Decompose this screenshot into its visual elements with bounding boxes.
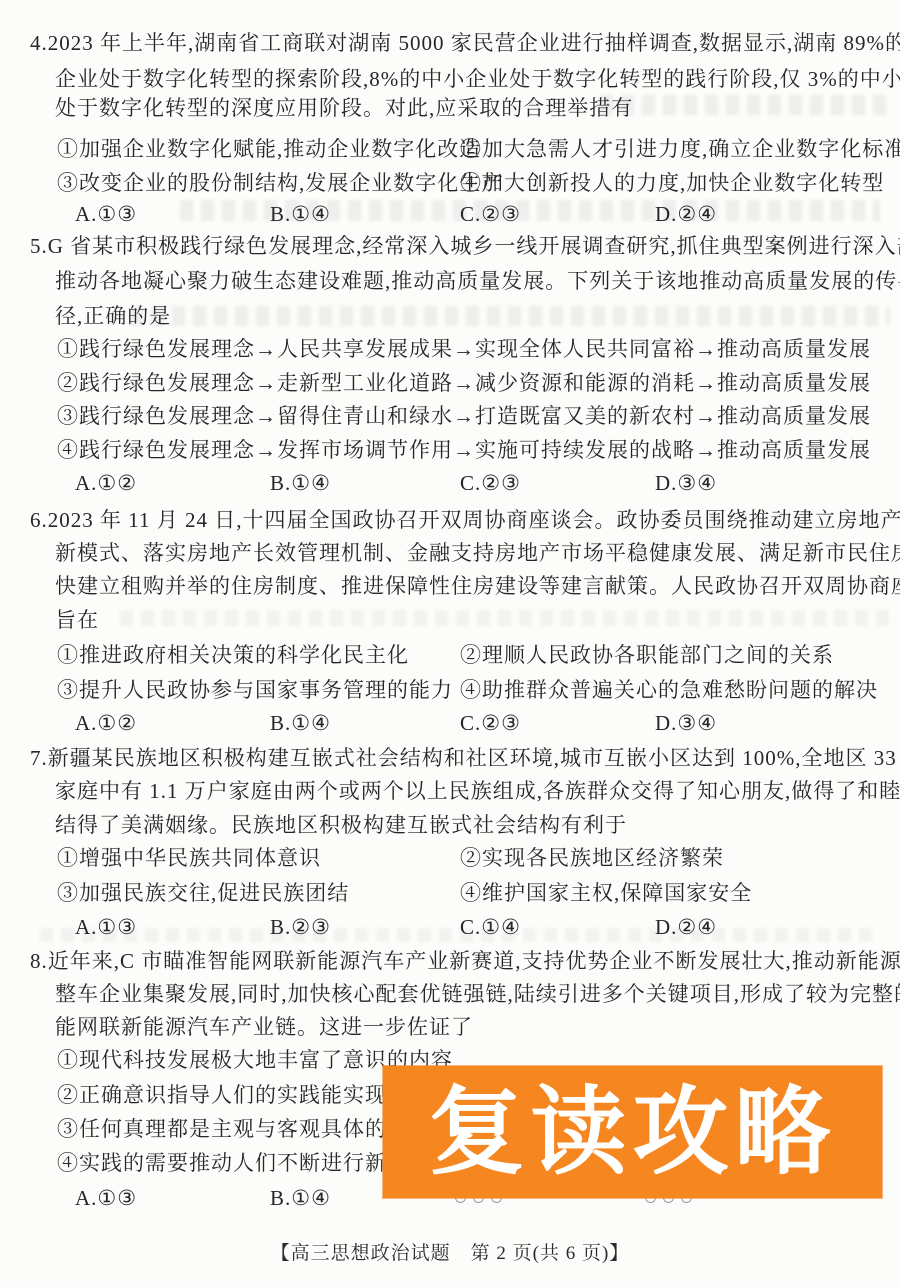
question-7-stem-line-2: 家庭中有 1.1 万户家庭由两个或两个以上民族组成,各族群众交得了知心朋友,做得… <box>55 778 900 804</box>
question-6-choice-a: A.①② <box>75 710 137 736</box>
question-6-option-1: ①推进政府相关决策的科学化民主化 <box>57 642 409 668</box>
question-4-stem-line-2: 企业处于数字化转型的探索阶段,8%的中小企业处于数字化转型的践行阶段,仅 3%的… <box>55 66 900 92</box>
question-7-option-1: ①增强中华民族共同体意识 <box>57 845 321 871</box>
question-6-choice-d: D.③④ <box>655 710 717 736</box>
question-4-choice-c: C.②③ <box>460 201 521 227</box>
question-5-option-4: ④践行绿色发展理念→发挥市场调节作用→实施可持续发展的战略→推动高质量发展 <box>57 437 871 463</box>
question-7-choice-b: B.②③ <box>270 914 331 940</box>
question-6-stem-line-2: 新模式、落实房地产长效管理机制、金融支持房地产市场平稳健康发展、满足新市民住房需… <box>55 540 900 566</box>
bleed-through-artifact <box>120 610 890 626</box>
question-7-choice-d: D.②④ <box>655 914 717 940</box>
question-8-option-2: ②正确意识指导人们的实践能实现预期 <box>57 1082 431 1108</box>
clipped-choice-d-remnant <box>645 1197 699 1205</box>
question-5-option-2: ②践行绿色发展理念→走新型工业化道路→减少资源和能源的消耗→推动高质量发展 <box>57 370 871 396</box>
question-7-choice-a: A.①③ <box>75 914 137 940</box>
question-4-option-3: ③改变企业的股份制结构,发展企业数字化生产 <box>57 170 503 196</box>
question-8-stem-line-2: 整车企业集聚发展,同时,加快核心配套优链强链,陆续引进多个关键项目,形成了较为完… <box>55 981 900 1007</box>
question-4-choice-d: D.②④ <box>655 201 717 227</box>
question-8-option-4: ④实践的需要推动人们不断进行新的探 <box>57 1150 431 1176</box>
question-8-option-3: ③任何真理都是主观与客观具体的历史 <box>57 1116 431 1142</box>
question-6-option-3: ③提升人民政协参与国家事务管理的能力 <box>57 677 453 703</box>
question-5-option-3: ③践行绿色发展理念→留得住青山和绿水→打造既富又美的新农村→推动高质量发展 <box>57 403 871 429</box>
question-5-option-1: ①践行绿色发展理念→人民共享发展成果→实现全体人民共同富裕→推动高质量发展 <box>57 336 871 362</box>
clipped-choice-c-remnant <box>455 1197 509 1205</box>
question-5-stem-line-2: 推动各地凝心聚力破生态建设难题,推动高质量发展。下列关于该地推动高质量发展的传导… <box>55 268 900 294</box>
question-8-choice-b: B.①④ <box>270 1185 331 1211</box>
question-5-stem-line-3: 径,正确的是 <box>55 303 171 329</box>
question-4-choice-b: B.①④ <box>270 201 331 227</box>
question-4-option-4: ④加大创新投人的力度,加快企业数字化转型 <box>460 170 884 196</box>
question-6-stem-line-3: 快建立租购并举的住房制度、推进保障性住房建设等建言献策。人民政协召开双周协商座谈… <box>55 573 900 599</box>
bleed-through-artifact <box>130 306 890 326</box>
question-5-stem-line-1: 5.G 省某市积极践行绿色发展理念,经常深入城乡一线开展调查研究,抓住典型案例进… <box>30 233 900 259</box>
question-5-choice-b: B.①④ <box>270 470 331 496</box>
question-7-option-4: ④维护国家主权,保障国家安全 <box>460 880 752 906</box>
question-8-stem-line-1: 8.近年来,C 市瞄准智能网联新能源汽车产业新赛道,支持优势企业不断发展壮大,推… <box>30 948 900 974</box>
question-4-option-1: ①加强企业数字化赋能,推动企业数字化改造 <box>57 136 481 162</box>
question-8-stem-line-3: 能网联新能源汽车产业链。这进一步佐证了 <box>55 1014 473 1040</box>
question-6-stem-line-1: 6.2023 年 11 月 24 日,十四届全国政协召开双周协商座谈会。政协委员… <box>30 507 900 533</box>
question-6-choice-b: B.①④ <box>270 710 331 736</box>
question-5-choice-c: C.②③ <box>460 470 521 496</box>
promo-sticker: 复读攻略 <box>383 1066 882 1198</box>
question-7-option-3: ③加强民族交往,促进民族团结 <box>57 880 349 906</box>
question-5-choice-d: D.③④ <box>655 470 717 496</box>
question-7-stem-line-1: 7.新疆某民族地区积极构建互嵌式社会结构和社区环境,城市互嵌小区达到 100%,… <box>30 745 900 771</box>
question-7-choice-c: C.①④ <box>460 914 521 940</box>
question-6-choice-c: C.②③ <box>460 710 521 736</box>
question-6-option-4: ④助推群众普遍关心的急难愁盼问题的解决 <box>460 677 878 703</box>
question-5-choice-a: A.①② <box>75 470 137 496</box>
question-4-choice-a: A.①③ <box>75 201 137 227</box>
bleed-through-artifact <box>600 95 890 115</box>
question-6-option-2: ②理顺人民政协各职能部门之间的关系 <box>460 642 834 668</box>
question-4-stem-line-3: 处于数字化转型的深度应用阶段。对此,应采取的合理举措有 <box>55 95 633 121</box>
question-7-option-2: ②实现各民族地区经济繁荣 <box>460 845 724 871</box>
exam-page: 4.2023 年上半年,湖南省工商联对湖南 5000 家民营企业进行抽样调查,数… <box>0 0 900 1287</box>
promo-sticker-text: 复读攻略 <box>429 1066 837 1198</box>
question-8-choice-a: A.①③ <box>75 1185 137 1211</box>
question-4-stem-line-1: 4.2023 年上半年,湖南省工商联对湖南 5000 家民营企业进行抽样调查,数… <box>30 30 900 56</box>
question-4-option-2: ②加大急需人才引进力度,确立企业数字化标准 <box>460 136 900 162</box>
question-6-stem-line-4: 旨在 <box>55 607 99 633</box>
question-7-stem-line-3: 结得了美满姻缘。民族地区积极构建互嵌式社会结构有利于 <box>55 812 627 838</box>
page-footer: 【高三思想政治试题 第 2 页(共 6 页)】 <box>0 1238 900 1265</box>
